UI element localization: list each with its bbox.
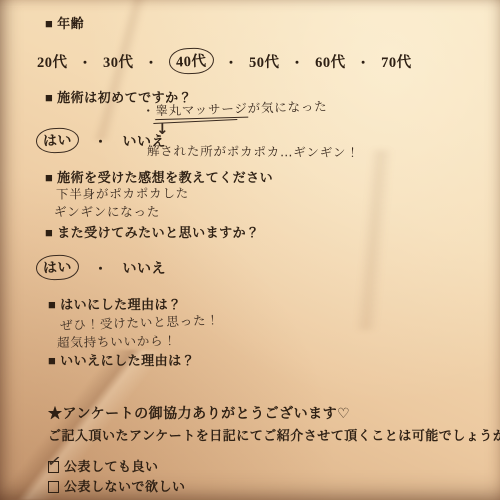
handwritten-note-topic: ・睾丸マッサージが気になった bbox=[142, 97, 328, 120]
age-option-40s-selected: 40代 bbox=[169, 47, 214, 75]
note-underlined-text: 睾丸マッサージ bbox=[155, 101, 248, 120]
survey-paper: ■ 年齢 20代 ・ 30代 ・ 40代 ・ 50代 ・ 60代 ・ 70代 ■… bbox=[0, 0, 500, 500]
again-answer-row: はい ・ いいえ bbox=[36, 255, 166, 280]
publish-ok-label: 公表しても良い bbox=[64, 456, 159, 475]
separator-dot: ・ bbox=[145, 52, 159, 71]
separator-dot: ・ bbox=[291, 52, 305, 71]
checkbox-icon-checked: ✓ bbox=[48, 461, 59, 473]
paper-crease bbox=[300, 150, 440, 330]
age-option-20s: 20代 bbox=[37, 51, 68, 72]
handwritten-impression-line2: ギンギンになった bbox=[54, 202, 160, 220]
reason-no-heading: ■ いいえにした理由は？ bbox=[48, 350, 195, 369]
age-option-70s: 70代 bbox=[381, 51, 412, 72]
note-bullet: ・ bbox=[142, 103, 156, 118]
handwritten-impression-line1: 下半身がポカポカした bbox=[56, 183, 189, 202]
handwritten-reason-line2: 超気持ちいいから！ bbox=[57, 331, 177, 351]
handwritten-note-result: 解された所がポカポカ…ギンギン！ bbox=[147, 141, 360, 161]
publish-ok-option: ✓ 公表しても良い bbox=[48, 456, 159, 475]
age-option-30s: 30代 bbox=[103, 51, 134, 72]
handwritten-reason-line1: ぜひ！受けたいと思った！ bbox=[60, 310, 220, 334]
separator-dot: ・ bbox=[94, 258, 108, 277]
separator-dot: ・ bbox=[79, 52, 93, 71]
no-option: いいえ bbox=[123, 258, 167, 278]
note-rest-text: が気になった bbox=[247, 99, 327, 116]
yes-option-selected: はい bbox=[36, 127, 80, 153]
thanks-message: ★アンケートの御協力ありがとうございます♡ bbox=[48, 403, 350, 423]
reason-yes-heading: ■ はいにした理由は？ bbox=[48, 294, 182, 313]
publish-no-label: 公表しないで欲しい bbox=[64, 476, 186, 495]
checkbox-icon-unchecked bbox=[48, 481, 59, 493]
handwritten-checkmark: ✓ bbox=[45, 450, 63, 472]
age-heading: ■ 年齢 bbox=[45, 13, 84, 32]
age-option-50s: 50代 bbox=[249, 51, 280, 72]
separator-dot: ・ bbox=[94, 131, 108, 150]
yes-option-selected: はい bbox=[36, 254, 80, 280]
age-option-60s: 60代 bbox=[315, 51, 346, 72]
publish-no-option: 公表しないで欲しい bbox=[48, 476, 186, 495]
separator-dot: ・ bbox=[357, 52, 371, 71]
separator-dot: ・ bbox=[225, 52, 239, 71]
publish-question: ご記入頂いたアンケートを日記にてご紹介させて頂くことは可能でしょうか？ bbox=[48, 425, 500, 444]
again-heading: ■ また受けてみたいと思いますか？ bbox=[45, 222, 260, 241]
age-options-row: 20代 ・ 30代 ・ 40代 ・ 50代 ・ 60代 ・ 70代 bbox=[37, 48, 412, 74]
